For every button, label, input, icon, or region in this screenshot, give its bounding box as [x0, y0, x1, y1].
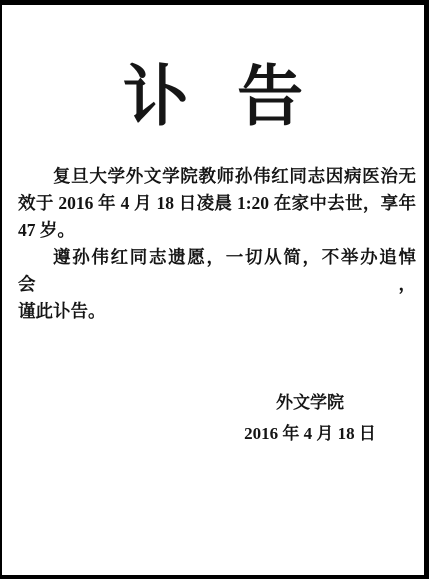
signature-block: 外文学院 2016 年 4 月 18 日: [210, 389, 410, 447]
signature-date: 2016 年 4 月 18 日: [210, 420, 410, 447]
body-line: 效于 2016 年 4 月 18 日凌晨 1:20 在家中去世，享年: [18, 190, 416, 217]
body-line: 谨此讣告。: [18, 298, 416, 325]
notice-body: 复旦大学外文学院教师孙伟红同志因病医治无 效于 2016 年 4 月 18 日凌…: [2, 163, 424, 325]
notice-title: 讣 告: [2, 63, 424, 129]
paragraph-death-announcement: 复旦大学外文学院教师孙伟红同志因病医治无 效于 2016 年 4 月 18 日凌…: [18, 163, 416, 244]
body-line: 复旦大学外文学院教师孙伟红同志因病医治无: [18, 163, 416, 190]
body-line: 遵孙伟红同志遗愿，一切从简，不举办追悼会，: [18, 244, 416, 298]
body-line: 47 岁。: [18, 217, 416, 244]
obituary-notice-page: 讣 告 复旦大学外文学院教师孙伟红同志因病医治无 效于 2016 年 4 月 1…: [0, 0, 429, 579]
signature-organization: 外文学院: [210, 389, 410, 416]
paragraph-funeral-arrangements: 遵孙伟红同志遗愿，一切从简，不举办追悼会， 谨此讣告。: [18, 244, 416, 325]
